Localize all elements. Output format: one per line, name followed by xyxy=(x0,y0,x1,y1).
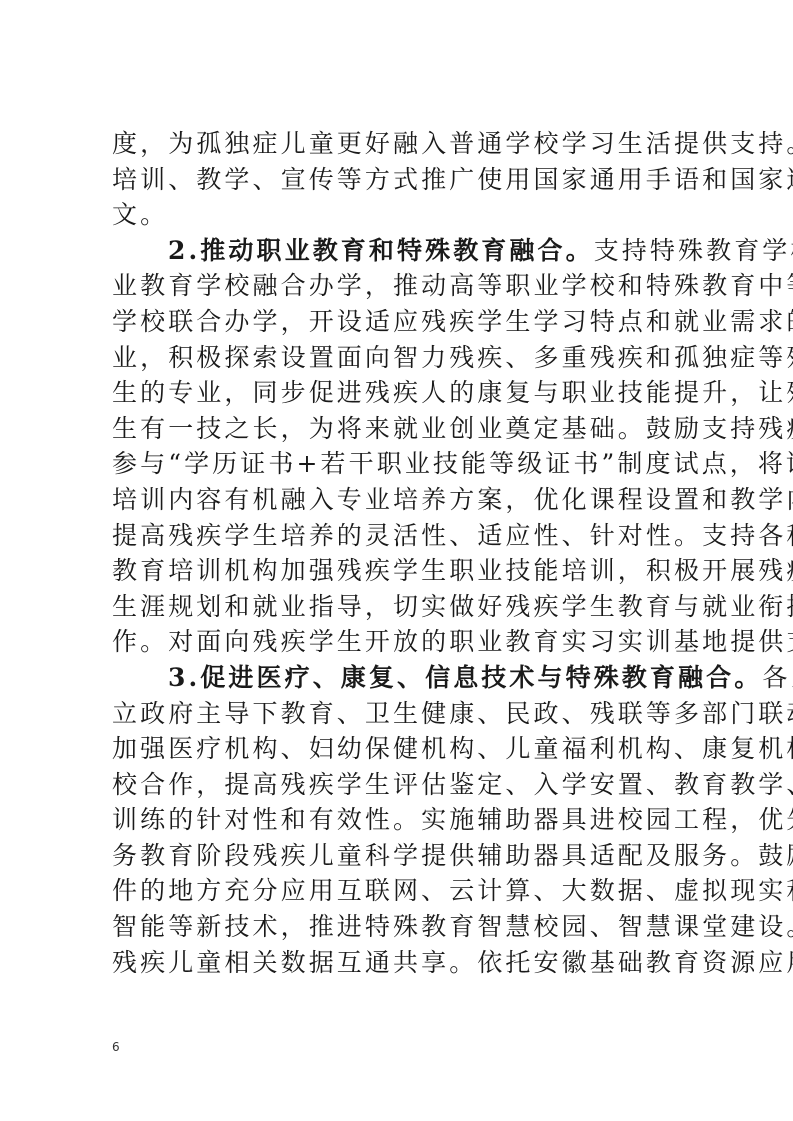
page-number: 6 xyxy=(112,1040,120,1054)
paragraph-line: 残疾儿童相关数据互通共享。依托安徽基础教育资源应用平台 xyxy=(112,945,684,981)
paragraph-line: 参与“学历证书+若干职业技能等级证书”制度试点，将证书 xyxy=(112,446,684,482)
section-3-first-line: 3.促进医疗、康复、信息技术与特殊教育融合。各区县建 xyxy=(112,660,684,696)
section-2-first-line: 2.推动职业教育和特殊教育融合。支持特殊教育学校和职 xyxy=(112,233,684,269)
paragraph-line: 件的地方充分应用互联网、云计算、大数据、虚拟现实和人工 xyxy=(112,873,684,909)
paragraph-line: 学校联合办学，开设适应残疾学生学习特点和就业需求的专 xyxy=(112,304,684,340)
paragraph-line: 务教育阶段残疾儿童科学提供辅助器具适配及服务。鼓励有条 xyxy=(112,838,684,874)
paragraph-line: 校合作，提高残疾学生评估鉴定、入学安置、教育教学、康复 xyxy=(112,767,684,803)
paragraph-line: 业，积极探索设置面向智力残疾、多重残疾和孤独症等残疾学 xyxy=(112,340,684,376)
paragraph-line: 提高残疾学生培养的灵活性、适应性、针对性。支持各种职业 xyxy=(112,518,684,554)
paragraph-line: 度，为孤独症儿童更好融入普通学校学习生活提供支持。通过 xyxy=(112,126,684,162)
paragraph-line: 文。 xyxy=(112,197,684,233)
paragraph-line: 生涯规划和就业指导，切实做好残疾学生教育与就业衔接工 xyxy=(112,589,684,625)
paragraph-line: 培训、教学、宣传等方式推广使用国家通用手语和国家通用盲 xyxy=(112,162,684,198)
paragraph-line: 教育培训机构加强残疾学生职业技能培训，积极开展残疾学生 xyxy=(112,553,684,589)
paragraph-line: 训练的针对性和有效性。实施辅助器具进校园工程，优先为义 xyxy=(112,802,684,838)
paragraph-line: 业教育学校融合办学，推动高等职业学校和特殊教育中等职业 xyxy=(112,268,684,304)
document-page: 度，为孤独症儿童更好融入普通学校学习生活提供支持。通过 培训、教学、宣传等方式推… xyxy=(0,0,793,1121)
section-2-heading: 2.推动职业教育和特殊教育融合。 xyxy=(168,236,594,265)
section-3-first-line-text: 各区县建 xyxy=(762,663,793,692)
paragraph-line: 生的专业，同步促进残疾人的康复与职业技能提升，让残疾学 xyxy=(112,375,684,411)
paragraph-line: 培训内容有机融入专业培养方案，优化课程设置和教学内容， xyxy=(112,482,684,518)
paragraph-line: 作。对面向残疾学生开放的职业教育实习实训基地提供支持。 xyxy=(112,624,684,660)
paragraph-line: 智能等新技术，推进特殊教育智慧校园、智慧课堂建设。推动 xyxy=(112,909,684,945)
section-3-heading: 3.促进医疗、康复、信息技术与特殊教育融合。 xyxy=(168,663,762,692)
paragraph-line: 立政府主导下教育、卫生健康、民政、残联等多部门联动机制， xyxy=(112,696,684,732)
body-text: 度，为孤独症儿童更好融入普通学校学习生活提供支持。通过 培训、教学、宣传等方式推… xyxy=(112,126,684,980)
paragraph-line: 加强医疗机构、妇幼保健机构、儿童福利机构、康复机构与学 xyxy=(112,731,684,767)
section-2-first-line-text: 支持特殊教育学校和职 xyxy=(594,236,793,265)
paragraph-line: 生有一技之长，为将来就业创业奠定基础。鼓励支持残疾学生 xyxy=(112,411,684,447)
